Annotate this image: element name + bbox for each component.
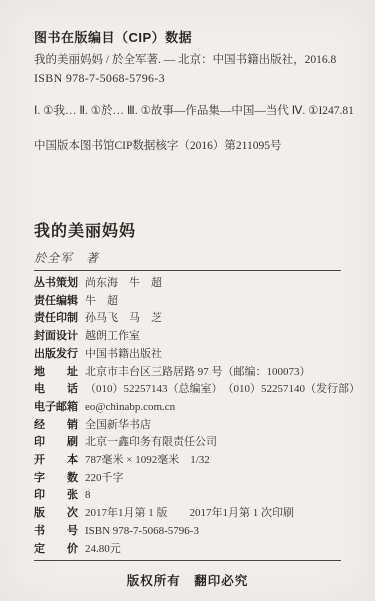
row-label: 书 号 xyxy=(34,523,78,541)
table-row-edition: 版 次 2017年1月第 1 版 2017年1月第 1 次印刷 xyxy=(34,505,341,523)
cip-record-line: 我的美丽妈妈 / 於全军著. — 北京：中国书籍出版社，2016.8 xyxy=(34,52,341,68)
colophon-table: 丛书策划 尚东海 牛 超 责任编辑 牛 超 责任印制 孙马飞 马 芝 封面设计 … xyxy=(34,275,341,558)
row-value: ISBN 978-7-5068-5796-3 xyxy=(85,523,199,541)
row-value: 北京一鑫印务有限责任公司 xyxy=(85,434,217,452)
cip-classification-line: Ⅰ. ①我… Ⅱ. ①於… Ⅲ. ①故事—作品集—中国—当代 Ⅳ. ①I247.… xyxy=(34,103,341,119)
table-row-printing: 印 刷 北京一鑫印务有限责任公司 xyxy=(34,434,341,452)
divider-bottom xyxy=(34,560,341,561)
row-value: 孙马飞 马 芝 xyxy=(85,310,162,328)
row-value: 中国书籍出版社 xyxy=(85,346,162,364)
row-label: 经 销 xyxy=(34,417,78,435)
row-label: 电 话 xyxy=(34,381,78,399)
row-value: 北京市丰台区三路居路 97 号（邮编：100073） xyxy=(85,364,311,382)
row-label: 丛书策划 xyxy=(34,275,78,293)
cip-heading: 图书在版编目（CIP）数据 xyxy=(34,30,341,46)
book-author: 於全军 著 xyxy=(34,251,341,265)
row-value: 越朗工作室 xyxy=(85,328,140,346)
book-title: 我的美丽妈妈 xyxy=(34,222,341,242)
row-label: 封面设计 xyxy=(34,328,78,346)
row-value: 尚东海 牛 超 xyxy=(85,275,162,293)
row-value: eo@chinabp.com.cn xyxy=(85,399,175,417)
table-row-word-count: 字 数 220千字 xyxy=(34,470,341,488)
row-value: 2017年1月第 1 版 2017年1月第 1 次印刷 xyxy=(85,505,294,523)
row-value: 牛 超 xyxy=(85,293,118,311)
table-row-address: 地 址 北京市丰台区三路居路 97 号（邮编：100073） xyxy=(34,364,341,382)
table-row-phone: 电 话 （010）52257143（总编室） （010）52257140（发行部… xyxy=(34,381,341,399)
copyright-page: 图书在版编目（CIP）数据 我的美丽妈妈 / 於全军著. — 北京：中国书籍出版… xyxy=(0,0,375,601)
row-label: 印 刷 xyxy=(34,434,78,452)
table-row-format: 开 本 787毫米 × 1092毫米 1/32 xyxy=(34,452,341,470)
row-label: 版 次 xyxy=(34,505,78,523)
cip-registry-line: 中国版本图书馆CIP数据核字（2016）第211095号 xyxy=(34,138,341,154)
table-row-email: 电子邮箱 eo@chinabp.com.cn xyxy=(34,399,341,417)
row-label: 电子邮箱 xyxy=(34,399,78,417)
table-row-distribution: 经 销 全国新华书店 xyxy=(34,417,341,435)
table-row-cover-design: 封面设计 越朗工作室 xyxy=(34,328,341,346)
table-row-print-supervisor: 责任印制 孙马飞 马 芝 xyxy=(34,310,341,328)
row-label: 开 本 xyxy=(34,452,78,470)
row-value: 8 xyxy=(85,487,91,505)
table-row-series-planning: 丛书策划 尚东海 牛 超 xyxy=(34,275,341,293)
divider-top xyxy=(34,270,341,271)
row-label: 责任印制 xyxy=(34,310,78,328)
row-label: 责任编辑 xyxy=(34,293,78,311)
table-row-price: 定 价 24.80元 xyxy=(34,541,341,559)
row-label: 字 数 xyxy=(34,470,78,488)
cip-isbn-line: ISBN 978-7-5068-5796-3 xyxy=(34,70,341,86)
table-row-editor: 责任编辑 牛 超 xyxy=(34,293,341,311)
table-row-isbn: 书 号 ISBN 978-7-5068-5796-3 xyxy=(34,523,341,541)
table-row-publisher: 出版发行 中国书籍出版社 xyxy=(34,346,341,364)
row-value: （010）52257143（总编室） （010）52257140（发行部） xyxy=(85,381,360,399)
table-row-sheets: 印 张 8 xyxy=(34,487,341,505)
copyright-notice: 版权所有 翻印必究 xyxy=(34,571,341,589)
row-value: 787毫米 × 1092毫米 1/32 xyxy=(85,452,210,470)
row-value: 24.80元 xyxy=(85,541,121,559)
row-value: 全国新华书店 xyxy=(85,417,151,435)
row-label: 出版发行 xyxy=(34,346,78,364)
row-label: 定 价 xyxy=(34,541,78,559)
row-label: 印 张 xyxy=(34,487,78,505)
row-label: 地 址 xyxy=(34,364,78,382)
row-value: 220千字 xyxy=(85,470,124,488)
